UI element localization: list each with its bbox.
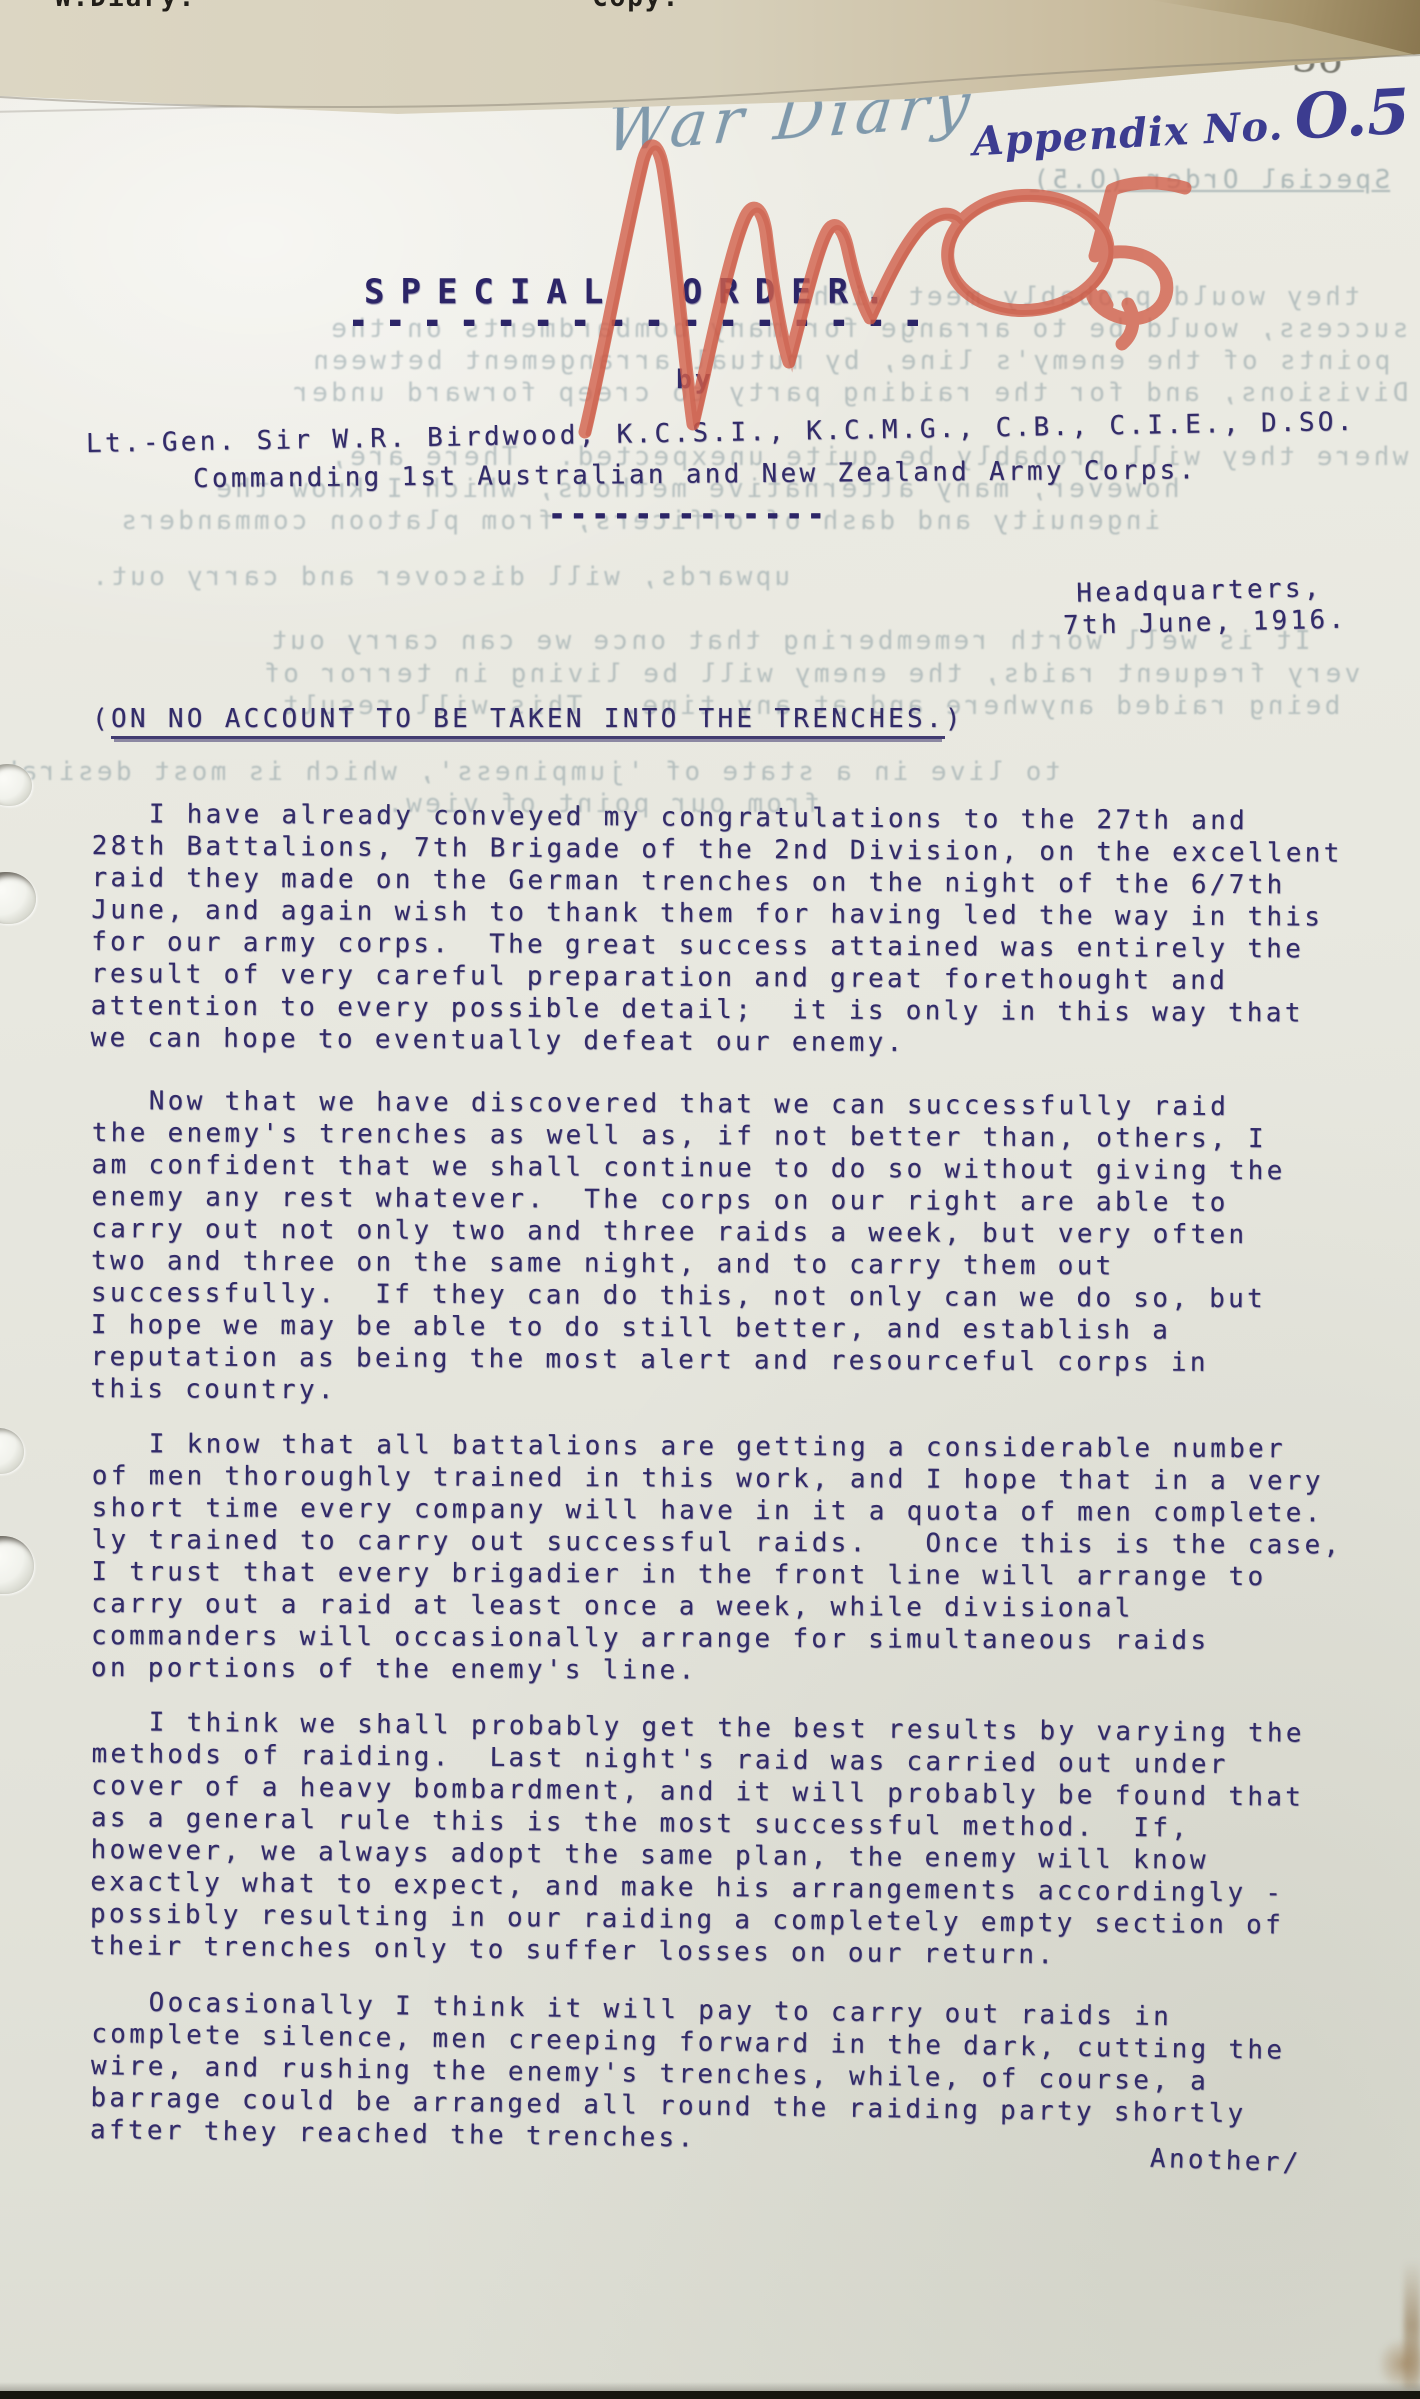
paragraph-2: Now that we have discovered that we can … [90,1085,1286,1411]
dateline-block: Headquarters, 7th June, 1916. [1062,572,1348,642]
bleed-through-line: Special Order (O.5) [1030,164,1390,196]
title-underline: ---------------- [348,306,940,336]
byline: by [676,364,714,396]
bleed-through-line: Divisions, and for the raiding party to … [290,377,1408,409]
paragraph-5: Oocasionally I think it will pay to carr… [90,1986,1286,2163]
bleed-through-line: upwards, will discover and carry out. [89,561,790,593]
torn-fragment-left: W.Diary. [55,0,196,18]
edge-stain [1404,2260,1420,2390]
bleed-through-line: very frequent raids, the enemy will be l… [261,658,1360,690]
paragraph-1: I have already conveyed my congratulatio… [90,798,1342,1062]
punch-hole [0,764,32,806]
paragraph-4: I think we shall probably get the best r… [90,1706,1305,1974]
torn-fragment-center: Copy. [592,0,680,18]
officer-line: Lt.-Gen. Sir W.R. Birdwood, K.C.S.I., K.… [86,406,1356,460]
punch-hole [0,872,36,924]
document-page: Special Order (O.5) they would probably … [0,0,1420,2399]
scan-bottom-bar [0,2391,1420,2399]
caption-underlined-text: ON NO ACCOUNT TO BE TAKEN INTO THE TRENC… [111,704,945,739]
appendix-annotation: Appendix No.O.5 [970,75,1411,171]
punch-hole [0,1428,24,1474]
command-line: Commanding 1st Australian and New Zealan… [193,454,1198,495]
desk-corner [1150,0,1420,56]
paragraph-3: I know that all battalions are getting a… [91,1428,1343,1689]
appendix-number: O.5 [1293,75,1412,154]
date-line: 7th June, 1916. [1063,604,1348,642]
document-scan: W.Diary. Copy. Special Order (O.5) they … [0,0,1420,2399]
punch-hole [0,1536,34,1594]
typewritten-line: this country. [90,1373,1284,1411]
bleed-through-line: to live in a state of 'jumpiness', which… [0,756,1060,788]
security-caption: (ON NO ACCOUNT TO BE TAKEN INTO THE TREN… [92,703,964,735]
separator-rule: ------------- [548,500,828,530]
typewritten-line: on portions of the enemy's line. [91,1652,1342,1689]
bleed-through-line: points of the enemy's line, by mutual ar… [310,345,1390,377]
appendix-label: Appendix No. [971,102,1284,165]
continuation-catchword: Another/ [1150,2143,1303,2180]
